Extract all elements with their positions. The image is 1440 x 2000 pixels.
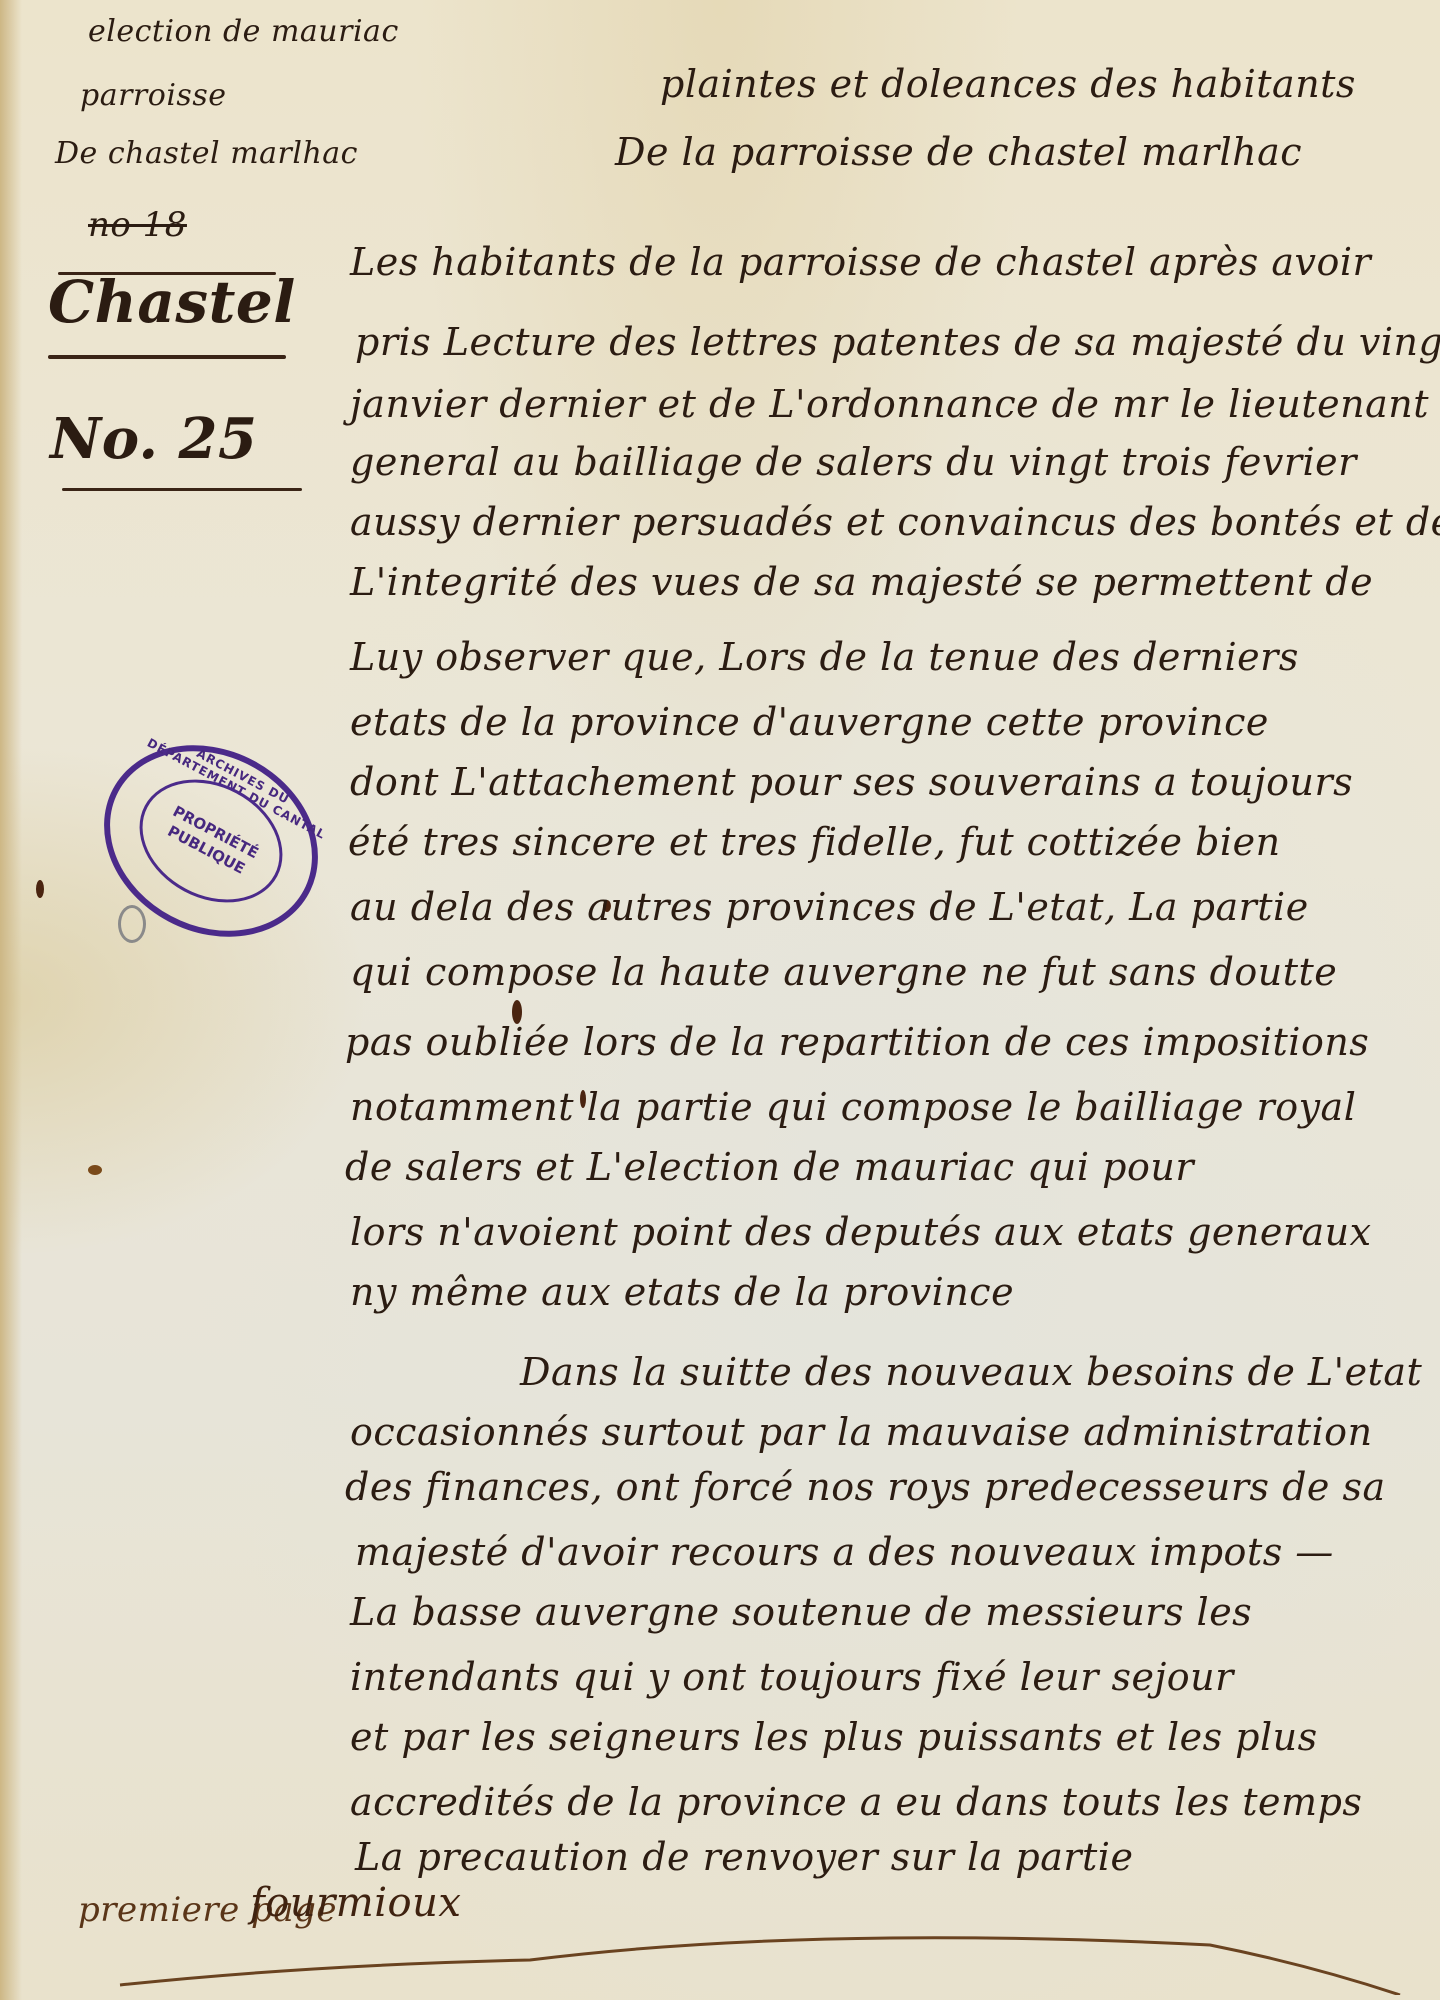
body-line: accredités de la province a eu dans tout… — [350, 1780, 1362, 1824]
body-line: janvier dernier et de L'ordonnance de mr… — [350, 382, 1429, 426]
body-line: lors n'avoient point des deputés aux eta… — [350, 1210, 1372, 1254]
body-line: general au bailliage de salers du vingt … — [350, 440, 1357, 484]
archive-stamp: ARCHIVES DU DÉPARTEMENT DU CANTAL PROPRI… — [70, 709, 351, 974]
body-line: pris Lecture des lettres patentes de sa … — [355, 320, 1440, 364]
pencil-mark — [118, 905, 146, 943]
item-number: No. 25 — [50, 406, 257, 472]
place-underline — [48, 355, 286, 359]
body-line: ny même aux etats de la province — [350, 1270, 1014, 1314]
body-line: aussy dernier persuadés et convaincus de… — [350, 500, 1440, 544]
body-line: La precaution de renvoyer sur la partie — [355, 1835, 1133, 1879]
body-line: L'integrité des vues de sa majesté se pe… — [350, 560, 1373, 604]
body-line: dont L'attachement pour ses souverains a… — [350, 760, 1353, 804]
margin-chastel: De chastel marlhac — [55, 136, 358, 171]
place-name: Chastel — [48, 268, 296, 336]
body-line: et par les seigneurs les plus puissants … — [350, 1715, 1318, 1759]
body-line: qui compose la haute auvergne ne fut san… — [350, 950, 1337, 994]
number-underline — [62, 488, 302, 491]
body-line: occasionnés surtout par la mauvaise admi… — [350, 1410, 1373, 1454]
stamp-inner: PROPRIÉTÉ PUBLIQUE — [118, 755, 304, 926]
signature-flourish — [110, 1935, 1410, 1995]
margin-parroisse: parroisse — [80, 78, 226, 113]
body-line: des finances, ont forcé nos roys predece… — [345, 1465, 1386, 1509]
body-line: Les habitants de la parroisse de chastel… — [350, 240, 1371, 284]
ink-spot — [88, 1165, 102, 1175]
paper-edge — [0, 0, 22, 2000]
body-line: de salers et L'election de mauriac qui p… — [345, 1145, 1194, 1189]
signature: fourmioux — [250, 1880, 461, 1926]
body-line: etats de la province d'auvergne cette pr… — [350, 700, 1269, 744]
body-line: notamment la partie qui compose le baill… — [350, 1085, 1356, 1129]
body-line: La basse auvergne soutenue de messieurs … — [350, 1590, 1252, 1634]
body-line: intendants qui y ont toujours fixé leur … — [350, 1655, 1234, 1699]
body-line: majesté d'avoir recours a des nouveaux i… — [355, 1530, 1334, 1574]
struck-number: no 18 — [88, 205, 187, 245]
manuscript-page: election de mauriac parroisse De chastel… — [0, 0, 1440, 2000]
ink-spot — [36, 880, 44, 898]
margin-election: election de mauriac — [88, 14, 399, 49]
body-line: au dela des autres provinces de L'etat, … — [350, 885, 1309, 929]
title-line-2: De la parroisse de chastel marlhac — [615, 130, 1302, 174]
body-line: Dans la suitte des nouveaux besoins de L… — [520, 1350, 1422, 1394]
body-line: pas oubliée lors de la repartition de ce… — [345, 1020, 1369, 1064]
body-line: été tres sincere et tres fidelle, fut co… — [348, 820, 1281, 864]
body-line: Luy observer que, Lors de la tenue des d… — [350, 635, 1299, 679]
title-line-1: plaintes et doleances des habitants — [660, 62, 1356, 106]
